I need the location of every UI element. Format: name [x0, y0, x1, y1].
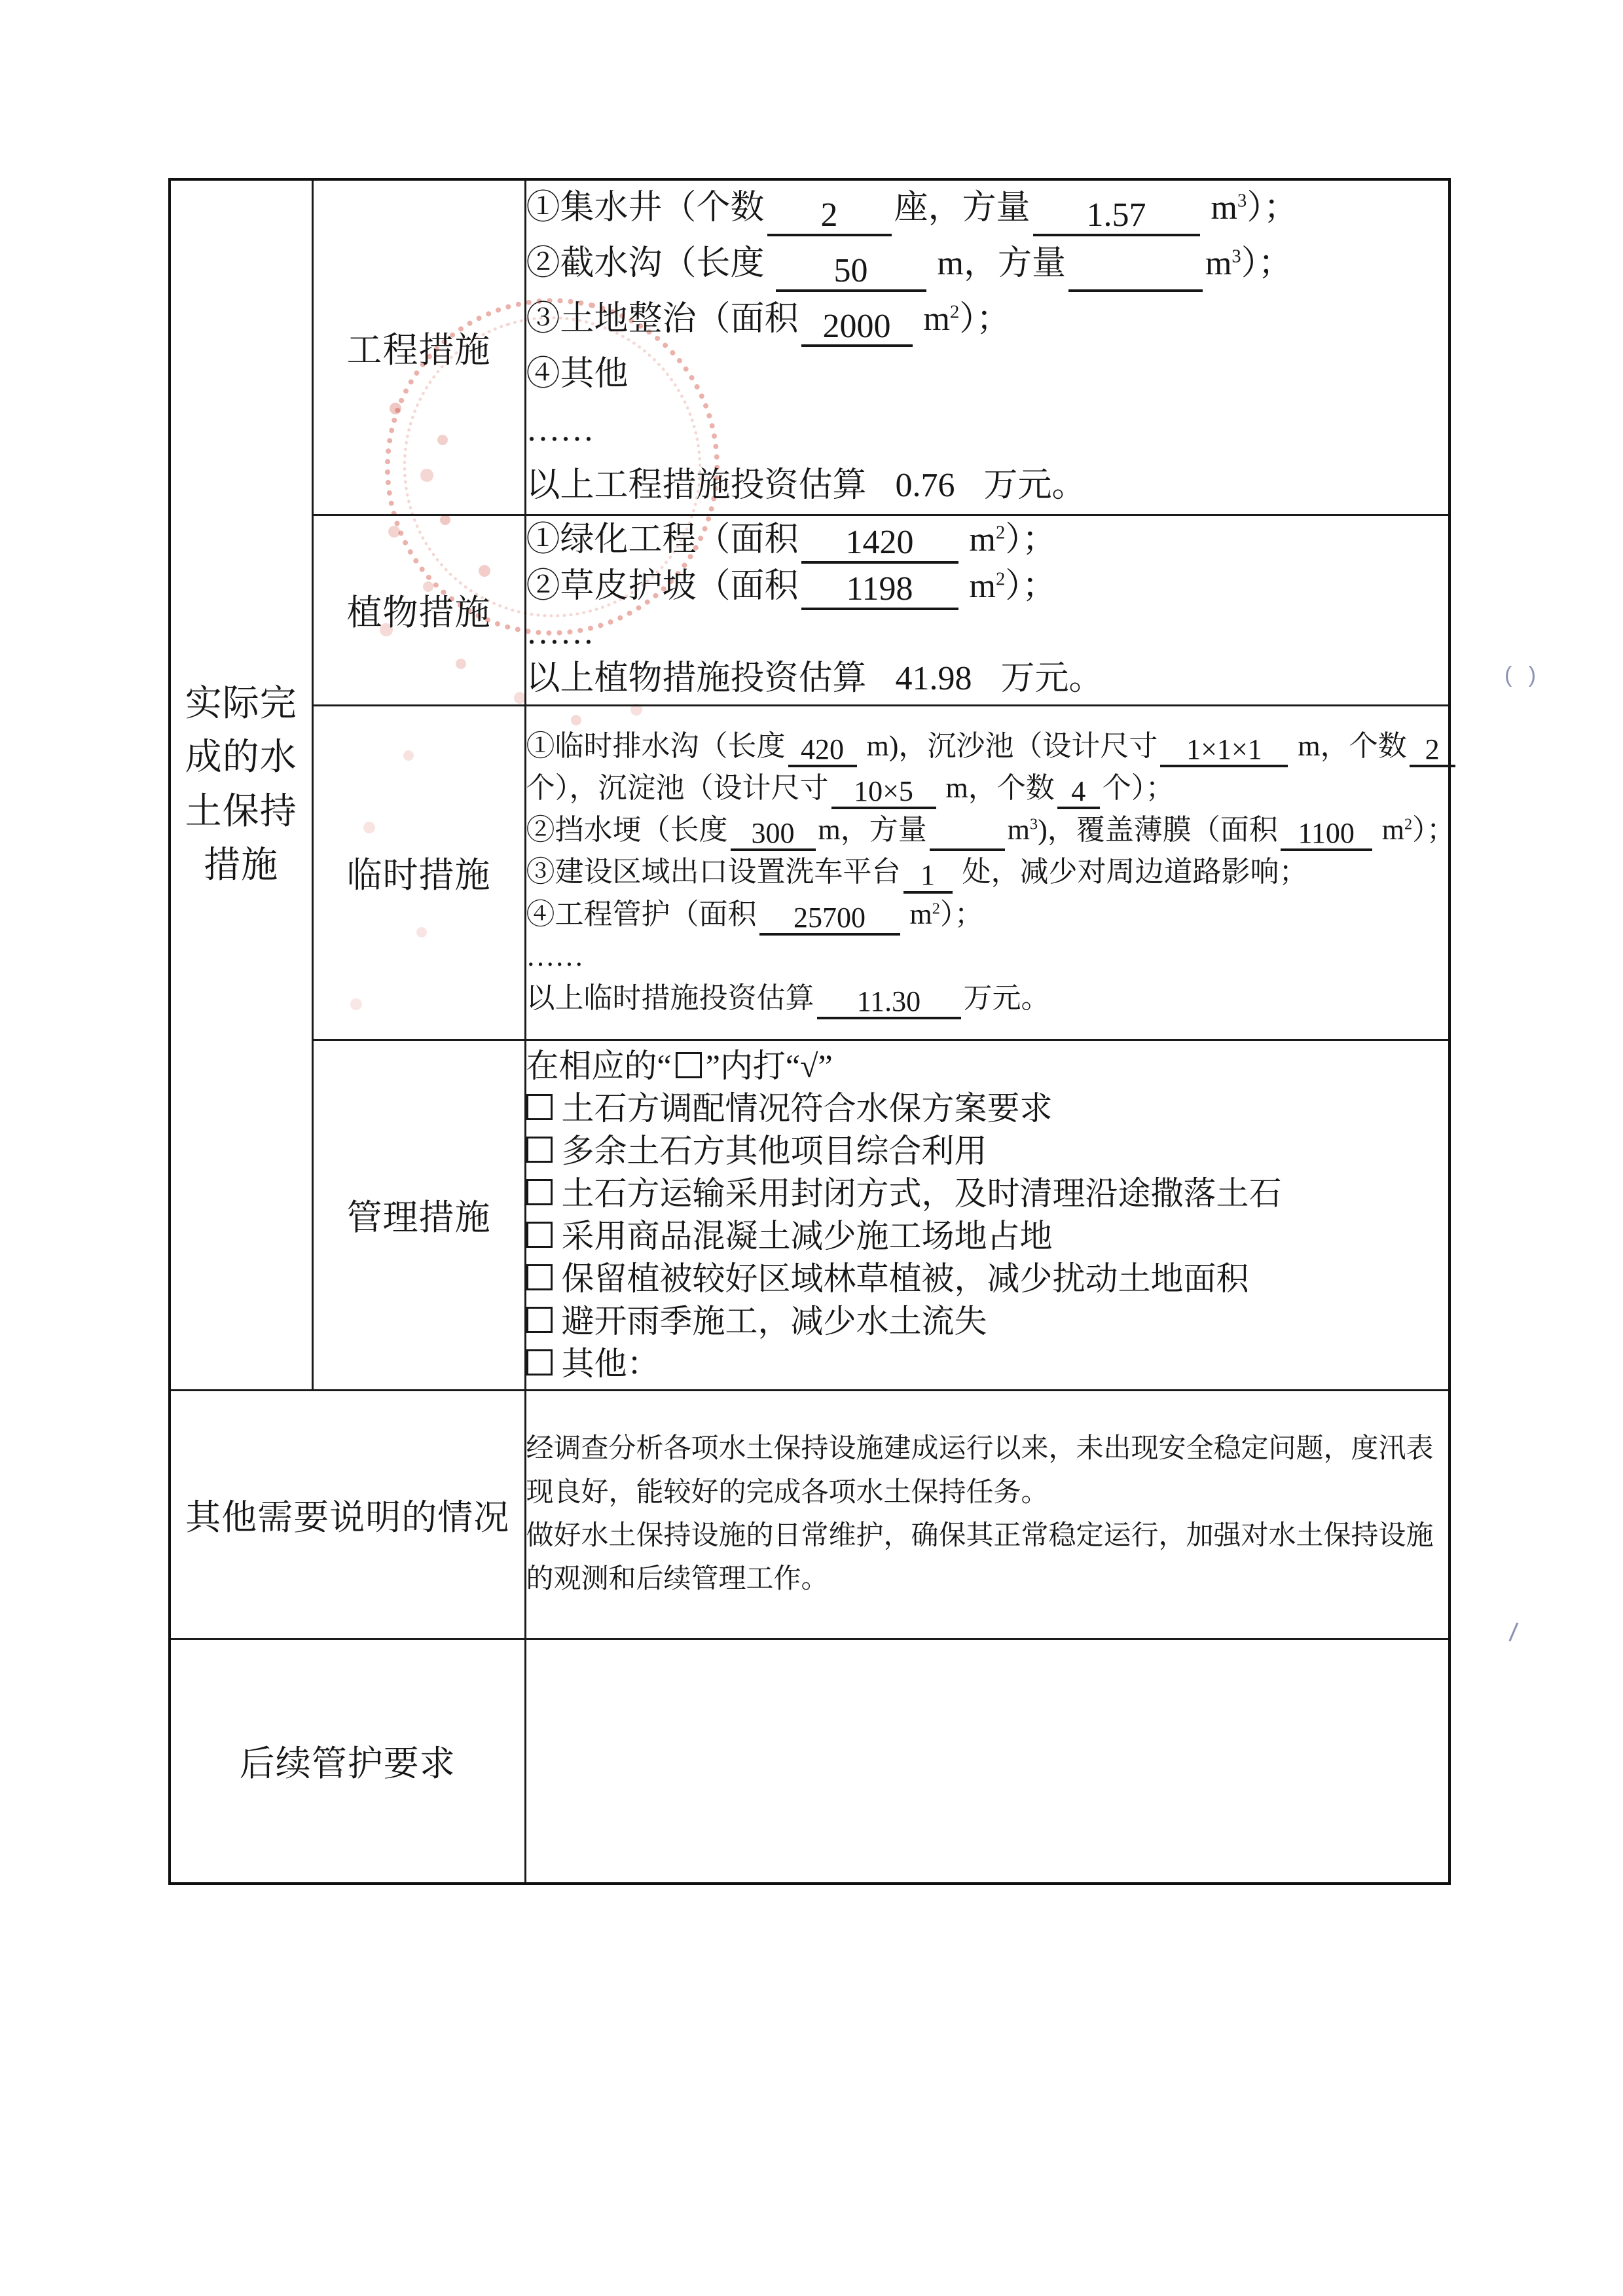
- text-segment: ②草皮护坡（面积: [526, 568, 799, 605]
- text-segment: 0.76: [896, 467, 955, 504]
- row-label-temporary-measures: 临时措施: [312, 705, 525, 1040]
- checkbox-icon[interactable]: [526, 1179, 553, 1205]
- unit-superscript: 2: [996, 523, 1005, 543]
- checkbox-option: 土石方运输采用封闭方式，及时清理沿途撒落土石: [526, 1173, 1449, 1215]
- text-segment: ）；: [959, 301, 1010, 338]
- checkbox-option: 采用商品混凝土减少施工场地占地: [526, 1215, 1449, 1258]
- text-segment: 万元。: [1001, 660, 1103, 697]
- blank-field[interactable]: 2: [1410, 735, 1455, 767]
- text-segment: 在相应的“: [526, 1048, 672, 1084]
- checkbox-option: 保留植被较好区域林草植被，减少扰动土地面积: [526, 1258, 1449, 1300]
- checkbox-label: 土石方调配情况符合水保方案要求: [562, 1090, 1053, 1127]
- form-line: ②挡水埂（长度300m，方量m3)，覆盖薄膜（面积1100 m2）；: [526, 809, 1449, 851]
- text-segment: ②挡水埂（长度: [526, 814, 728, 846]
- form-line: ③土地整治（面积2000 m2）；: [526, 292, 1449, 348]
- form-line: ①绿化工程（面积1420 m2）；: [526, 517, 1449, 564]
- text-segment: ③建设区域出口设置洗车平台: [526, 856, 901, 888]
- text-segment: ）；: [1005, 568, 1056, 605]
- checkbox-option: 避开雨季施工，减少水土流失: [526, 1300, 1449, 1343]
- checkbox-label: 保留植被较好区域林草植被，减少扰动土地面积: [562, 1260, 1249, 1297]
- blank-field[interactable]: 2000: [801, 309, 913, 348]
- checkbox-option: 多余土石方其他项目综合利用: [526, 1130, 1449, 1173]
- blank-field[interactable]: 1.57: [1033, 198, 1200, 236]
- blank-field[interactable]: 1×1×1: [1160, 735, 1288, 767]
- scan-artifact-mark: ( ): [1504, 663, 1541, 688]
- unit-superscript: 2: [1404, 815, 1412, 833]
- text-segment: ……: [526, 940, 584, 972]
- soil-conservation-measures-table: 实际完成的水土保持措施 工程措施 ①集水井（个数2座，方量1.57 m3）；②截…: [168, 178, 1451, 1885]
- text-segment: m，个数: [1290, 730, 1406, 762]
- blank-field[interactable]: 25700: [759, 903, 900, 936]
- form-line: 个），沉淀池（设计尺寸10×5 m，个数4个）；: [526, 767, 1449, 809]
- text-segment: 以上植物措施投资估算: [526, 660, 867, 697]
- text-segment: m，方量: [818, 814, 927, 846]
- text-segment: m: [961, 568, 996, 605]
- form-line: 以上临时措施投资估算11.30万元。: [526, 977, 1449, 1019]
- checkbox-icon[interactable]: [526, 1137, 553, 1163]
- form-line: ②草皮护坡（面积1198 m2）；: [526, 564, 1449, 610]
- text-segment: m: [915, 301, 950, 338]
- text-segment: m，个数: [939, 772, 1055, 804]
- text-segment: 万元。: [984, 467, 1086, 504]
- text-segment: m: [961, 521, 996, 558]
- checkbox-label: 避开雨季施工，减少水土流失: [562, 1303, 987, 1339]
- text-segment: ①绿化工程（面积: [526, 521, 799, 558]
- blank-field[interactable]: 300: [731, 818, 816, 851]
- row-label-engineering-measures: 工程措施: [312, 179, 525, 515]
- checkbox-icon[interactable]: [526, 1094, 553, 1120]
- text-segment: ……: [526, 411, 594, 448]
- text-segment: m: [903, 898, 932, 930]
- form-line: ……: [526, 936, 1449, 977]
- form-line: ……: [526, 610, 1449, 657]
- text-segment: ”内打“√”: [706, 1048, 833, 1084]
- checkbox-label: 土石方运输采用封闭方式，及时清理沿途撒落土石: [562, 1175, 1282, 1212]
- text-segment: ）；: [1005, 521, 1056, 558]
- text-segment: ）；: [1247, 189, 1298, 227]
- row-label-management-measures: 管理措施: [312, 1040, 525, 1390]
- text-segment: ①集水井（个数: [526, 189, 765, 227]
- form-line: ①集水井（个数2座，方量1.57 m3）；: [526, 181, 1449, 236]
- text-segment: 以上临时措施投资估算: [526, 982, 814, 1014]
- text-segment: ）；: [1412, 814, 1455, 846]
- text-segment: ③土地整治（面积: [526, 301, 799, 338]
- text-segment: 个）；: [1103, 772, 1175, 804]
- text-segment: ）；: [940, 898, 983, 930]
- text-segment: 以上工程措施投资估算: [526, 467, 867, 504]
- row-label-follow-up-management: 后续管护要求: [170, 1639, 525, 1884]
- text-segment: ……: [526, 614, 594, 651]
- blank-field[interactable]: 1: [903, 860, 953, 893]
- red-seal-speckles: [0, 0, 5, 5]
- unit-superscript: 2: [932, 900, 940, 917]
- scanned-form-page: 实际完成的水土保持措施 工程措施 ①集水井（个数2座，方量1.57 m3）；②截…: [0, 0, 1623, 2296]
- checkbox-icon[interactable]: [526, 1307, 553, 1333]
- unit-superscript: 3: [1231, 246, 1241, 266]
- text-segment: m: [1203, 189, 1237, 227]
- follow-up-management-content: [525, 1639, 1450, 1884]
- text-segment: ）；: [1241, 245, 1292, 282]
- blank-field[interactable]: 11.30: [817, 987, 961, 1019]
- form-line: ④其他: [526, 347, 1449, 403]
- management-measures-content: 在相应的“”内打“√”土石方调配情况符合水保方案要求多余土石方其他项目综合利用土…: [525, 1040, 1450, 1390]
- blank-field[interactable]: 1198: [801, 572, 958, 610]
- checkbox-glyph: [676, 1052, 702, 1078]
- form-line: ③建设区域出口设置洗车平台1 处，减少对周边道路影响；: [526, 851, 1449, 893]
- text-segment: 处，减少对周边道路影响；: [955, 856, 1308, 888]
- row-label-other-remarks: 其他需要说明的情况: [170, 1390, 525, 1639]
- row-group-header-label: 实际完成的水土保持措施: [182, 677, 300, 892]
- text-segment: m: [1375, 814, 1404, 846]
- scan-artifact-mark: /: [1508, 1618, 1519, 1648]
- text-segment: m)，沉沙池（设计尺寸: [860, 730, 1158, 762]
- row-label-plant-measures: 植物措施: [312, 515, 525, 705]
- blank-field[interactable]: 10×5: [831, 776, 936, 809]
- form-line: 以上工程措施投资估算0.76万元。: [526, 458, 1449, 514]
- text-segment: 个），沉淀池（设计尺寸: [526, 772, 829, 804]
- text-segment: m，方量: [929, 245, 1066, 282]
- text-segment: 万元。: [964, 982, 1050, 1014]
- unit-superscript: 2: [996, 569, 1005, 589]
- text-segment: ④工程管护（面积: [526, 898, 757, 930]
- text-segment: 41.98: [896, 660, 972, 697]
- temporary-measures-content: ①临时排水沟（长度420 m)，沉沙池（设计尺寸1×1×1 m，个数2个），沉淀…: [525, 705, 1450, 1040]
- blank-field[interactable]: 420: [788, 735, 857, 767]
- plant-measures-content: ①绿化工程（面积1420 m2）；②草皮护坡（面积1198 m2）；……以上植物…: [525, 515, 1450, 705]
- paragraph-line: 做好水土保持设施的日常维护，确保其正常稳定运行，加强对水土保持设施的观测和后续管…: [526, 1514, 1449, 1601]
- blank-field[interactable]: [1068, 289, 1203, 292]
- checkbox-label: 采用商品混凝土减少施工场地占地: [562, 1218, 1053, 1254]
- text-segment: m: [1205, 245, 1231, 282]
- engineering-measures-content: ①集水井（个数2座，方量1.57 m3）；②截水沟（长度 50 m，方量m3）；…: [525, 179, 1450, 515]
- form-line: 在相应的“”内打“√”: [526, 1045, 1449, 1087]
- text-segment: ②截水沟（长度: [526, 245, 773, 282]
- checkbox-icon[interactable]: [526, 1349, 553, 1376]
- blank-field[interactable]: 1100: [1281, 818, 1372, 851]
- checkbox-option: 土石方调配情况符合水保方案要求: [526, 1087, 1449, 1130]
- form-line: 以上植物措施投资估算41.98万元。: [526, 656, 1449, 702]
- checkbox-label: 多余土石方其他项目综合利用: [562, 1133, 987, 1169]
- checkbox-option: 其他：: [526, 1343, 1449, 1385]
- form-line: ①临时排水沟（长度420 m)，沉沙池（设计尺寸1×1×1 m，个数2: [526, 725, 1449, 767]
- unit-superscript: 2: [950, 302, 959, 322]
- blank-field[interactable]: 2: [767, 198, 892, 236]
- form-line: ②截水沟（长度 50 m，方量m3）；: [526, 236, 1449, 292]
- unit-superscript: 3: [1237, 191, 1247, 211]
- form-line: ④工程管护（面积25700 m2）；: [526, 894, 1449, 936]
- blank-field[interactable]: 4: [1057, 776, 1100, 809]
- form-line: ……: [526, 403, 1449, 458]
- paragraph-line: 经调查分析各项水土保持设施建成运行以来，未出现安全稳定问题，度汛表现良好，能较好…: [526, 1427, 1449, 1514]
- other-remarks-content: 经调查分析各项水土保持设施建成运行以来，未出现安全稳定问题，度汛表现良好，能较好…: [525, 1390, 1450, 1639]
- checkbox-icon[interactable]: [526, 1264, 553, 1290]
- text-segment: ④其他: [526, 355, 629, 393]
- text-segment: 座，方量: [894, 189, 1030, 227]
- text-segment: m: [1008, 814, 1030, 846]
- blank-field[interactable]: 1420: [801, 525, 958, 564]
- unit-superscript: 3: [1030, 815, 1038, 833]
- checkbox-label: 其他：: [562, 1345, 660, 1382]
- row-group-header-actual-completed-measures: 实际完成的水土保持措施: [170, 179, 312, 1390]
- blank-field[interactable]: 50: [776, 253, 926, 292]
- text-segment: ①临时排水沟（长度: [526, 730, 786, 762]
- checkbox-icon[interactable]: [526, 1222, 553, 1248]
- text-segment: )，覆盖薄膜（面积: [1038, 814, 1278, 846]
